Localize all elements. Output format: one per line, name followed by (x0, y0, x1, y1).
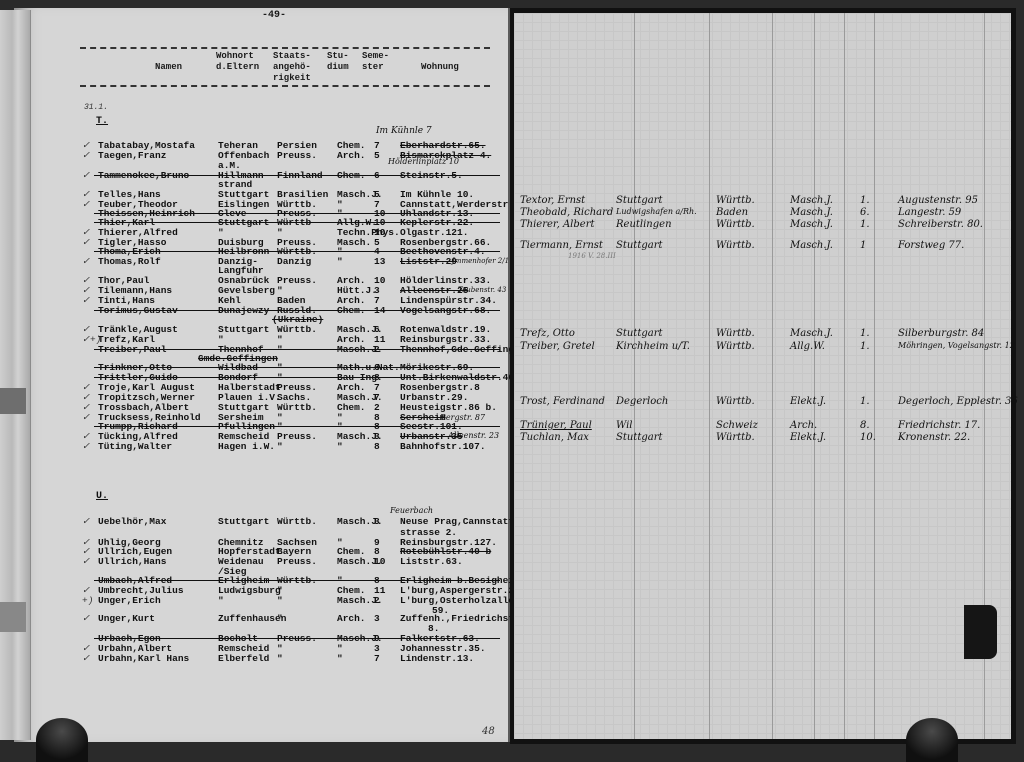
table-row: Trumpp,RichardPfullingen""8Seestr.101. (82, 421, 512, 431)
ledger-row: Theobald, RichardLudwigshafen a/Rh.Baden… (520, 207, 980, 219)
section-t: T. (96, 116, 108, 127)
handwritten-note: Hölderlinplatz 10 (388, 157, 459, 166)
table-row: ✓Tinti,HansKehlBadenArch.7Lindenspürstr.… (82, 295, 512, 305)
table-row: ✓Uebelhör,MaxStuttgartWürttb.Masch.J.3Ne… (82, 516, 512, 526)
header-wohnung: Wohnung (421, 62, 459, 73)
section-u: U. (96, 491, 108, 502)
table-row: ✓Thierer,Alfred""Techn.Phys.10Olgastr.12… (82, 227, 512, 237)
table-row: ✓Troje,Karl AugustHalberstadtPreuss.Arch… (82, 382, 512, 392)
ledger-row: Trüniger, PaulWilSchweizArch.8.Friedrich… (520, 420, 980, 432)
header-rule-bottom (80, 85, 490, 87)
book-binding (0, 10, 31, 740)
table-row: Trinkner,OttoWildbad"Math.u.Nat.6Mörikes… (82, 362, 512, 372)
table-row: Umbach,AlfredErligheimWürttb."8Erligheim… (82, 575, 512, 585)
ledger-row: Trost, FerdinandDegerlochWürttb.Elekt.J.… (520, 396, 980, 408)
header-staatsangehoerigkeit: Staats- angehö- rigkeit (273, 51, 311, 84)
ledger-row: Trefz, OttoStuttgartWürttb.Masch.J.1.Sil… (520, 328, 980, 340)
table-row: ✓Ullrich,HansWeidenauPreuss.Masch.J.10Li… (82, 556, 512, 566)
table-row: Thier,KarlStuttgartWürttbAllg.W.10Kepler… (82, 217, 512, 227)
table-row: Thoma,ErichHeilbronnWürttb."4Beethovenst… (82, 246, 512, 256)
ledger-row: Thierer, AlbertReutlingenWürttb.Masch.J.… (520, 219, 980, 231)
table-row: Treiber,PaulThennhof"Masch.J.2Thennhof,G… (82, 344, 512, 354)
header-wohnort: Wohnort d.Eltern (216, 51, 259, 73)
ledger-row: Tuchlan, MaxStuttgartWürttb.Elekt.J.10.K… (520, 432, 980, 444)
table-row: +)Unger,Erich""Masch.J.2L'burg,Osterholz… (82, 595, 512, 605)
table-row: ✓+)Trefz,Karl""Arch.11Reinsburgstr.33. (82, 334, 512, 344)
ledger-row: Treiber, GretelKirchheim u/T.Württb.Allg… (520, 341, 980, 353)
ledger-row: Textor, ErnstStuttgartWürttb.Masch.J.1.A… (520, 195, 980, 207)
ledger-grid (514, 13, 985, 739)
handwritten-note: Feuerbach (390, 506, 433, 515)
table-row: ✓Thomas,RolfDanzig-Danzig"13Liststr.29 (82, 256, 512, 266)
handwritten-note: Jmmenhofer 2/1 (452, 257, 509, 265)
binding-tab (0, 602, 26, 632)
table-row: ✓Tabatabay,MostafaTeheranPersienChem.7Eb… (82, 140, 512, 150)
handwritten-note: Im Kühnle 7 (376, 126, 432, 136)
right-page (510, 8, 1016, 744)
header-semester: Seme- ster (362, 51, 389, 73)
handwritten-note: Taubenstr. 43 (458, 286, 506, 294)
handwritten-note: Alleenstr. 23 (448, 431, 499, 440)
table-row: ✓Unger,KurtZuffenhausen"Arch.3Zuffenh.,F… (82, 613, 512, 623)
header-studium: Stu- dium (327, 51, 349, 73)
ledger-row: Tiermann, ErnstStuttgartWürttb.Masch.J.1… (520, 240, 980, 252)
handwritten-note: Bergstr. 87 (440, 413, 485, 422)
handwritten-note: 1916 V. 28.III (568, 252, 616, 260)
page-number-bottom: 48 (482, 726, 495, 737)
table-row: ✓Trossbach,AlbertStuttgartWürttb.Chem.2H… (82, 402, 512, 412)
thumb-left (36, 718, 88, 762)
header-rule-top (80, 47, 490, 49)
table-row: ✓Urbahn,AlbertRemscheid""3Johannesstr.35… (82, 643, 512, 653)
table-row: ✓Tammenokee,BrunoHillmannFinnlandChem.6S… (82, 170, 512, 180)
table-row: Trittler,GuidoBondorf"Bau Ing.8Unt.Birke… (82, 372, 512, 382)
header-namen: Namen (155, 62, 182, 73)
table-row: ✓Tränkle,AugustStuttgartWürttb.Masch.J.6… (82, 324, 512, 334)
thumb-right (906, 718, 958, 762)
table-row: ✓Tropitzsch,WernerPlauen i.V.Sachs.Masch… (82, 392, 512, 402)
margin-note: 31.1. (84, 103, 108, 112)
binding-tab (0, 388, 26, 414)
table-row: ✓Telles,HansStuttgartBrasilienMasch.J.5I… (82, 189, 512, 199)
table-row: Urbach,EgonBocholtPreuss.Masch.J.9Falker… (82, 633, 512, 643)
table-row: ✓Tüting,WalterHagen i.W.""8Bahnhofstr.10… (82, 441, 512, 451)
table-row: ✓Ullrich,EugenHopferstadtBayernChem.8Rot… (82, 546, 512, 556)
page-number-top: -49- (262, 10, 286, 21)
table-row: ✓Umbrecht,JuliusLudwigsburg"Chem.11L'bur… (82, 585, 512, 595)
table-row: ✓Urbahn,Karl HansElberfeld""7Lindenstr.1… (82, 653, 512, 663)
table-row: ✓Thor,PaulOsnabrückPreuss.Arch.10Hölderl… (82, 275, 512, 285)
corner-clip (964, 605, 997, 659)
table-row: ✓Tilemann,HansGevelsberg"Hütt.J.3Alleens… (82, 285, 512, 295)
